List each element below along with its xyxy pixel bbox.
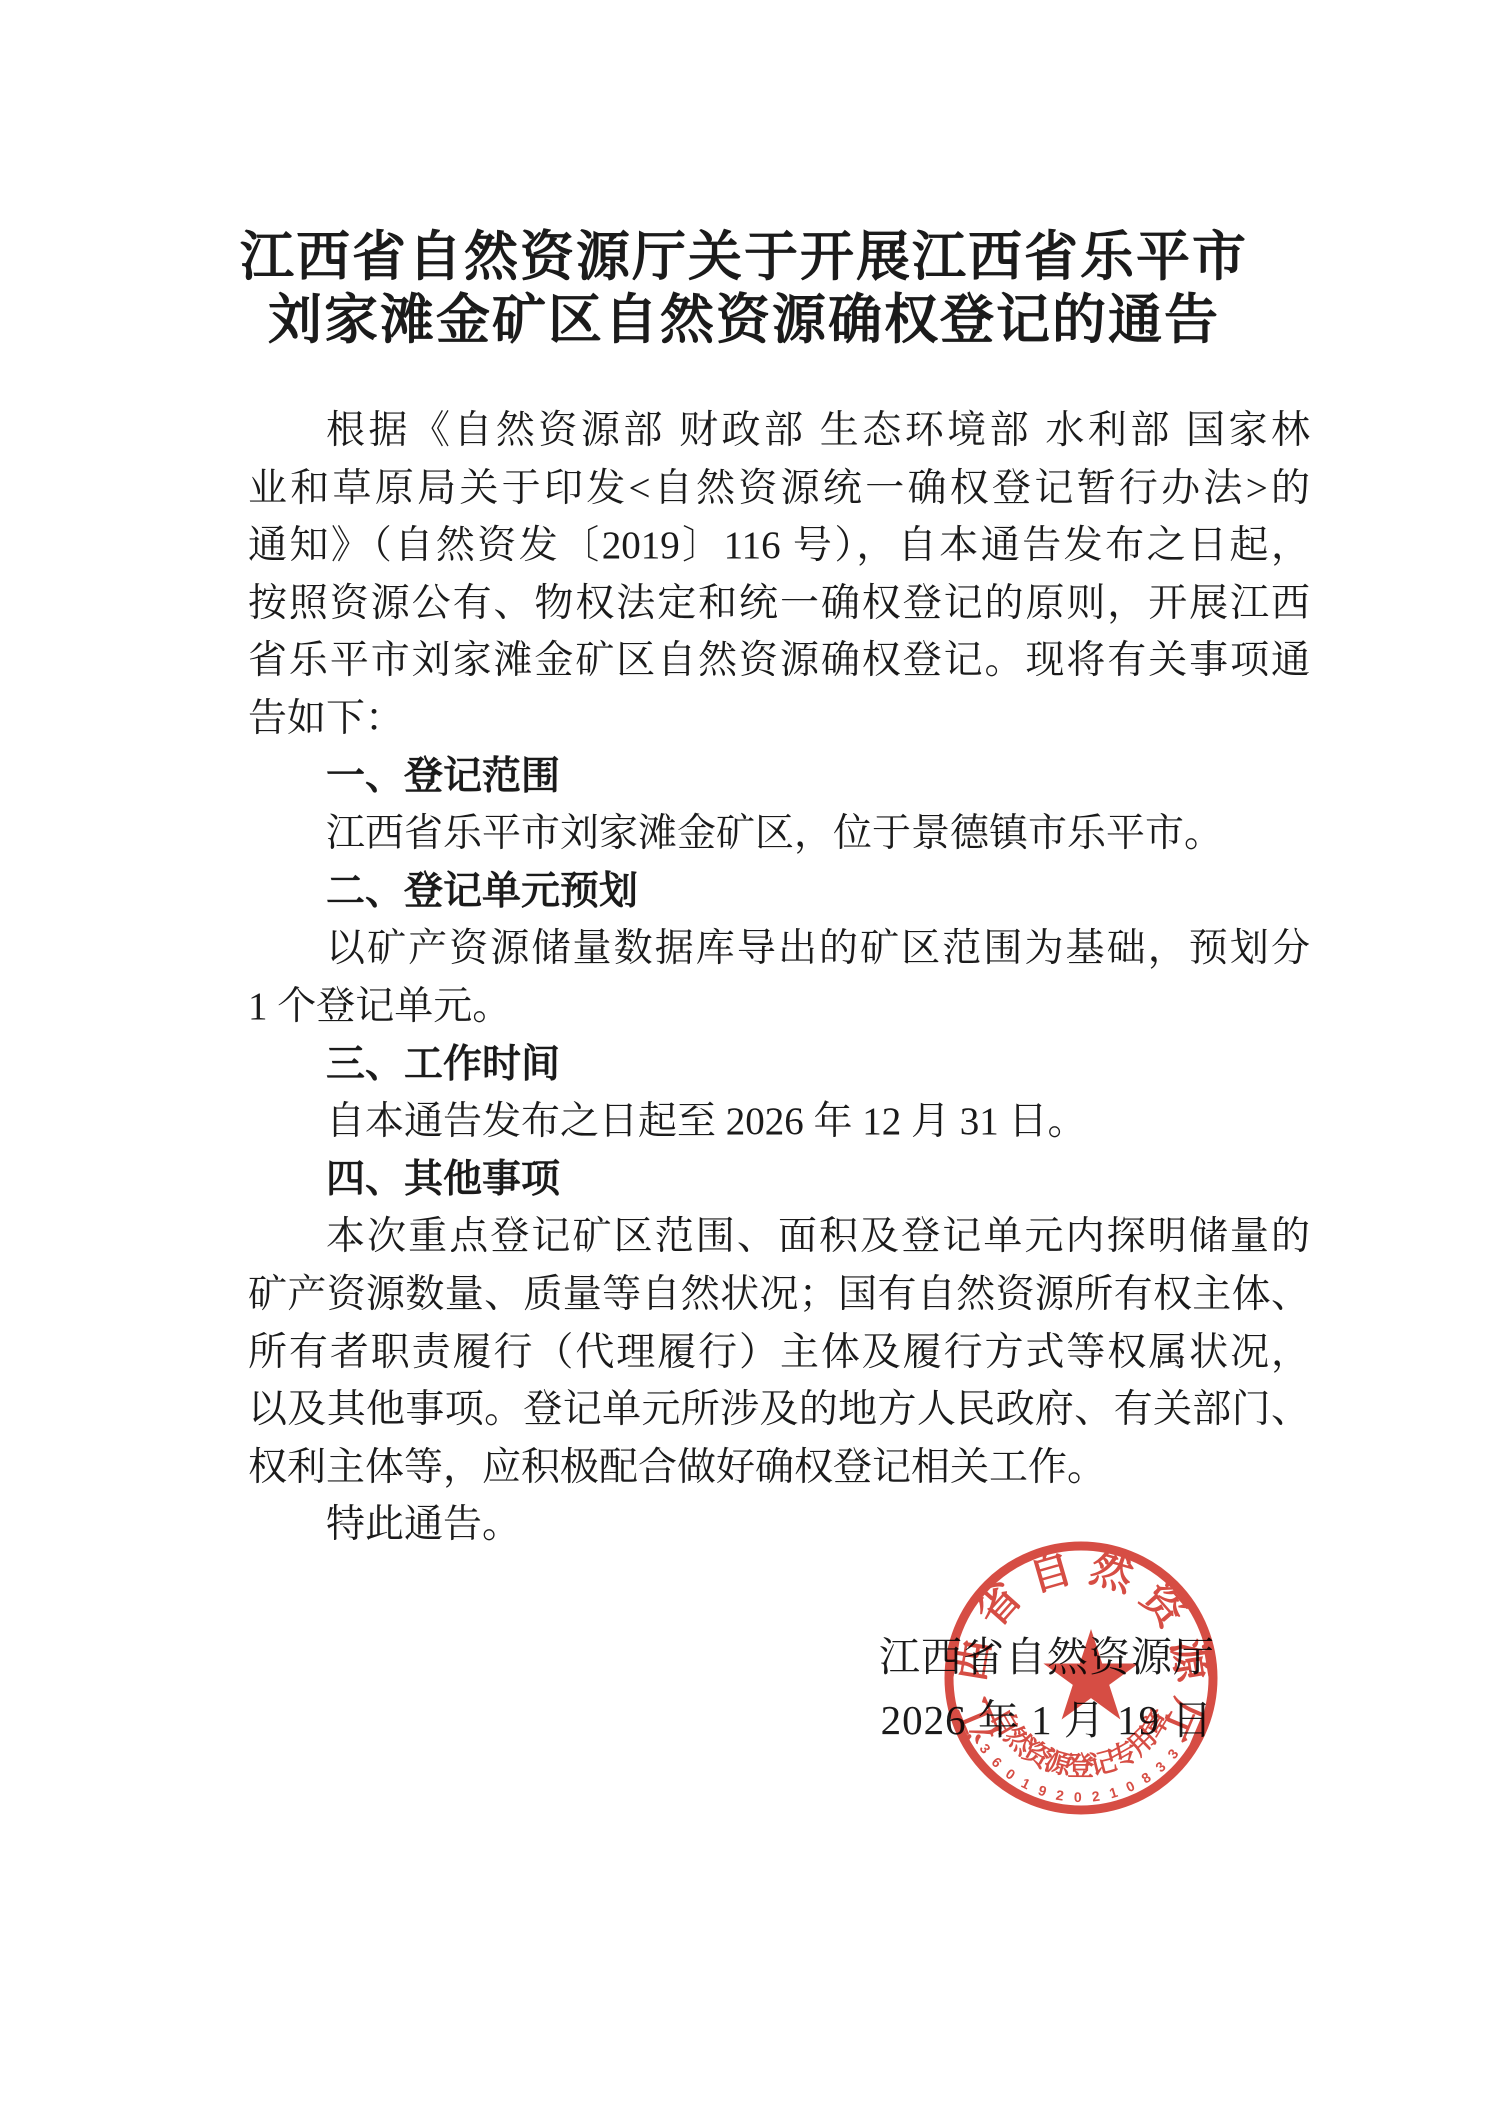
body-line: 自本通告发布之日起至 2026 年 12 月 31 日。	[248, 1093, 1310, 1151]
document-body: 根据《自然资源部 财政部 生态环境部 水利部 国家林业和草原局关于印发<自然资源…	[248, 402, 1310, 1554]
body-line: 告如下：	[248, 690, 1310, 748]
body-line: 权利主体等，应积极配合做好确权登记相关工作。	[248, 1439, 1310, 1497]
section-heading: 二、登记单元预划	[248, 863, 1310, 921]
body-line: 所有者职责履行（代理履行）主体及履行方式等权属状况，	[248, 1324, 1310, 1382]
document-title-line1: 江西省自然资源厅关于开展江西省乐平市	[110, 226, 1378, 289]
body-line: 江西省乐平市刘家滩金矿区，位于景德镇市乐平市。	[248, 805, 1310, 863]
body-line: 业和草原局关于印发<自然资源统一确权登记暂行办法>的	[248, 460, 1310, 518]
document-title: 江西省自然资源厅关于开展江西省乐平市 刘家滩金矿区自然资源确权登记的通告	[110, 226, 1378, 352]
document-title-line2: 刘家滩金矿区自然资源确权登记的通告	[110, 289, 1378, 352]
section-heading: 一、登记范围	[248, 748, 1310, 806]
body-line: 1 个登记单元。	[248, 978, 1310, 1036]
body-line: 矿产资源数量、质量等自然状况；国有自然资源所有权主体、	[248, 1266, 1310, 1324]
body-line: 以及其他事项。登记单元所涉及的地方人民政府、有关部门、	[248, 1381, 1310, 1439]
body-line: 以矿产资源储量数据库导出的矿区范围为基础，预划分	[248, 920, 1310, 978]
body-line: 根据《自然资源部 财政部 生态环境部 水利部 国家林	[248, 402, 1310, 460]
star-icon	[1043, 1629, 1138, 1720]
body-line: 省乐平市刘家滩金矿区自然资源确权登记。现将有关事项通	[248, 632, 1310, 690]
official-seal: 江西省自然资源厅 自然资源登记专用章 3601920210833	[933, 1530, 1229, 1826]
body-line: 按照资源公有、物权法定和统一确权登记的原则，开展江西	[248, 575, 1310, 633]
section-heading: 四、其他事项	[248, 1151, 1310, 1209]
body-line: 本次重点登记矿区范围、面积及登记单元内探明储量的	[248, 1208, 1310, 1266]
section-heading: 三、工作时间	[248, 1036, 1310, 1094]
notice-document-page: 江西省自然资源厅关于开展江西省乐平市 刘家滩金矿区自然资源确权登记的通告 根据《…	[0, 0, 1488, 2104]
body-line: 通知》（自然资发〔2019〕116 号），自本通告发布之日起，	[248, 517, 1310, 575]
